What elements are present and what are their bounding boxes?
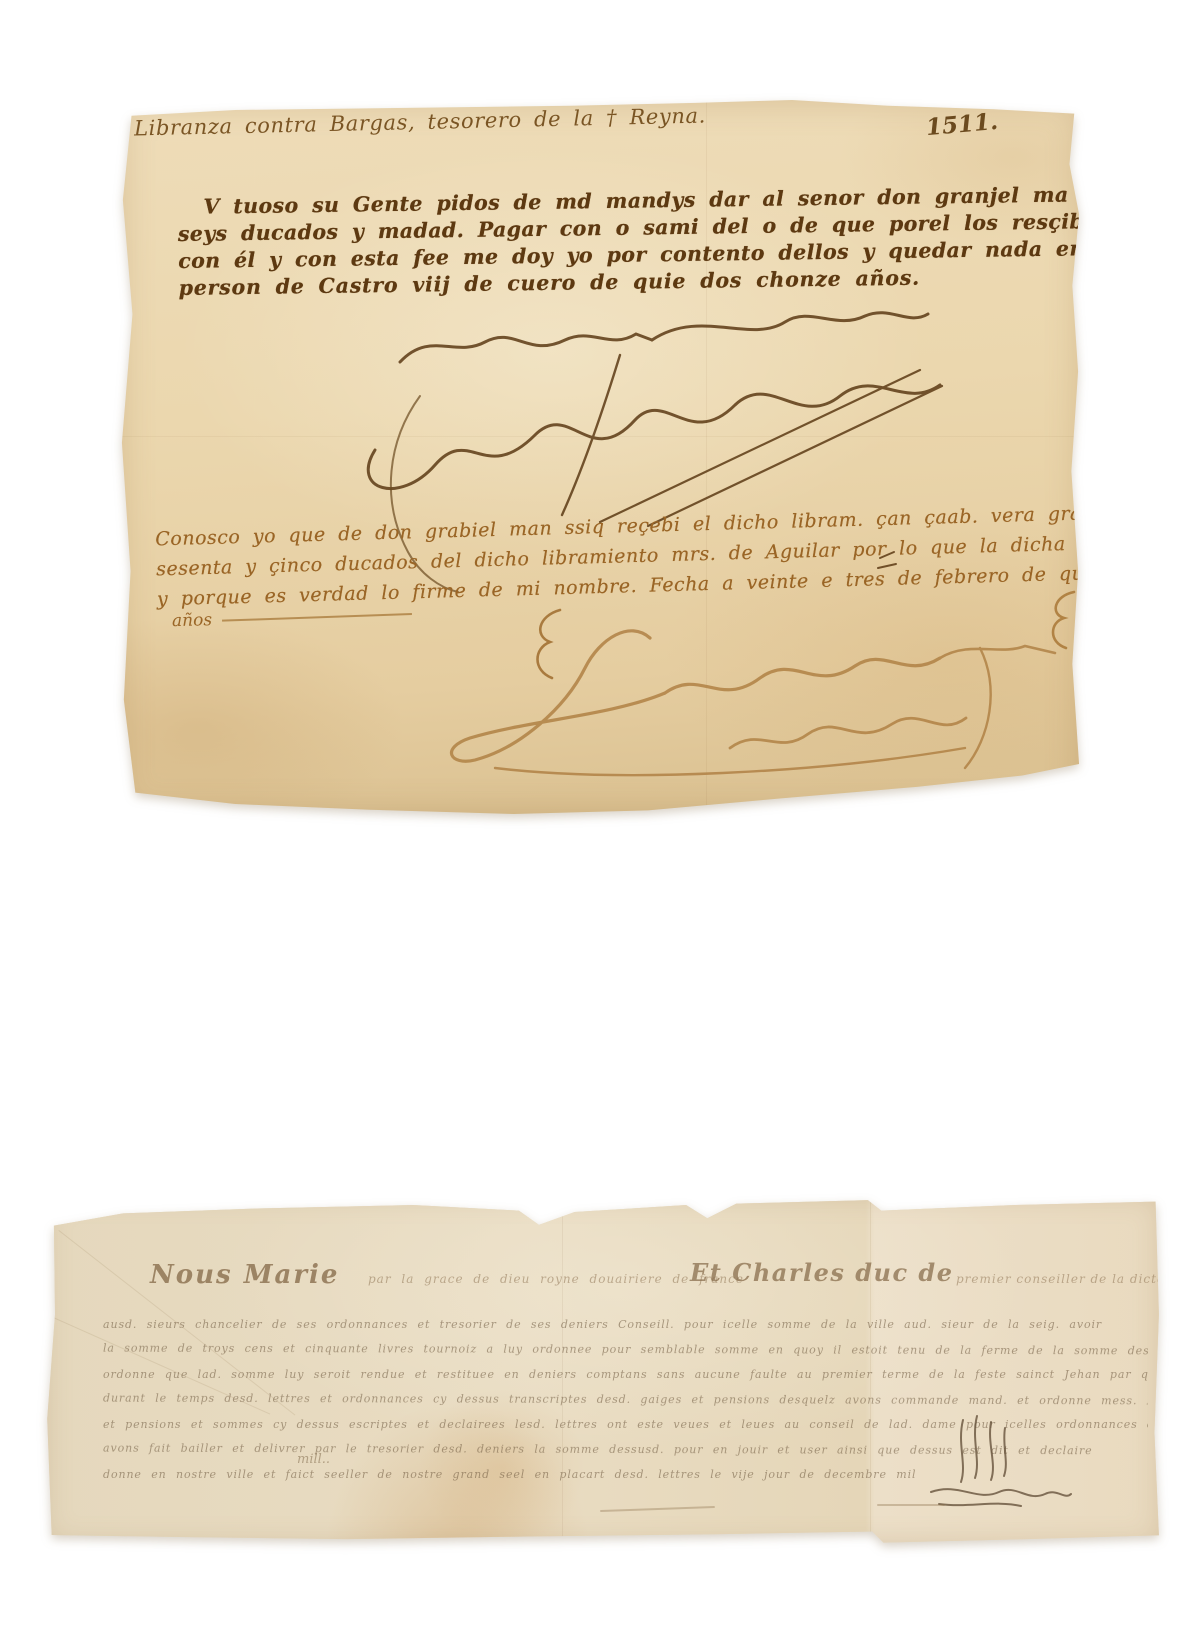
manuscript-libranza-1511: Libranza contra Bargas, tesorero de la †…	[120, 100, 1080, 814]
royal-signature-flourish	[280, 300, 980, 530]
faint-stroke	[600, 1506, 715, 1512]
parchment-sheet-bottom: Nous Marie par la grace de dieu royne do…	[45, 1196, 1160, 1544]
calderon-flourish	[522, 606, 572, 684]
opening-tail-text: premier conseiller de la dicte dame	[956, 1272, 1197, 1286]
photo-backdrop: Libranza contra Bargas, tesorero de la †…	[0, 0, 1197, 1641]
secretary-signature-flourish	[400, 598, 1060, 798]
parchment-sheet-top: Libranza contra Bargas, tesorero de la †…	[120, 100, 1080, 814]
anos-label: años	[172, 610, 213, 631]
opening-royal-style: par la grace de dieu royne douairiere de…	[368, 1272, 744, 1286]
manuscript-french-charter: Nous Marie par la grace de dieu royne do…	[45, 1196, 1160, 1544]
manuscript-line: durant le temps desd. lettres et ordonna…	[103, 1386, 1148, 1414]
charter-signature-flourish	[925, 1412, 1075, 1522]
paragraph-mark-flourish	[1040, 586, 1086, 656]
marginal-notation: mill..	[297, 1452, 330, 1467]
manuscript-line: la somme de troys cens et cinquante livr…	[103, 1336, 1148, 1364]
archival-annotation: Libranza contra Bargas, tesorero de la †…	[134, 104, 706, 141]
manuscript-line: ordonne que lad. somme luy seroit rendue…	[103, 1362, 1148, 1387]
faint-stroke	[877, 1504, 945, 1506]
manuscript-line: donne en nostre ville et faict seeller d…	[103, 1462, 918, 1487]
closing-rule	[222, 613, 412, 622]
opening-et-charles: Et Charles duc de	[690, 1258, 953, 1287]
charter-opening-line: Nous Marie par la grace de dieu royne do…	[150, 1260, 1160, 1300]
warrant-text-block: V tuoso su Gente pidos de md mandys dar …	[177, 182, 1034, 302]
year-inscription: 1511.	[925, 108, 999, 141]
opening-nous-marie: Nous Marie	[150, 1260, 339, 1290]
manuscript-line: ausd. sieurs chancelier de ses ordonnanc…	[103, 1312, 1148, 1337]
